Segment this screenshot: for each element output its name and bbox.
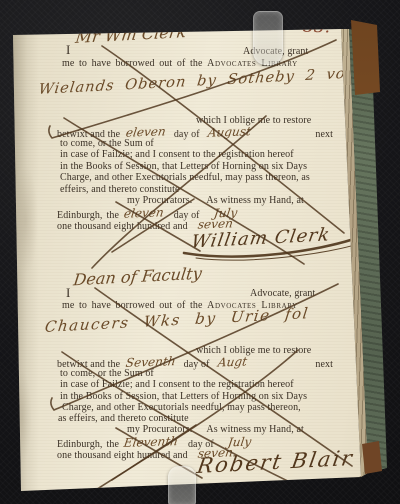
advocate-grant-line: Advocate, grant (250, 288, 315, 300)
library-name: Advocates Library (207, 58, 298, 69)
next-word: next (315, 129, 333, 141)
page-mount-clip-top (253, 11, 283, 65)
next-word: next (315, 359, 333, 371)
opening-pronoun: I (66, 42, 70, 57)
page-mount-clip-bottom (168, 466, 196, 504)
due-month-handwritten: Augt (216, 354, 247, 369)
due-month-handwritten: August (207, 124, 252, 139)
register-page: 33. Mr Wm Clerk I Advocate, grant me to … (0, 0, 400, 504)
charge-line: Charge, and other Executorials needful, … (60, 172, 310, 184)
opening-pronoun: I (66, 285, 70, 300)
borrower-name-handwritten: Dean of Faculty (72, 264, 203, 290)
failzie-line: in case of Failzie; and I consent to the… (60, 149, 294, 161)
ink-bleedthrough (14, 165, 38, 275)
failzie-line: in case of Failzie; and I consent to the… (60, 379, 294, 391)
